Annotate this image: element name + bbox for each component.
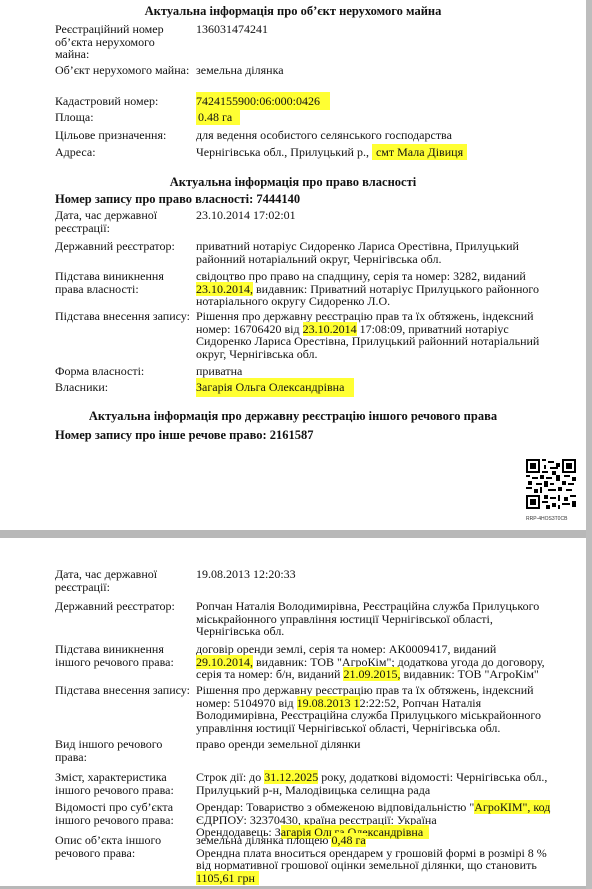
field-label: Вид іншого речового права: — [55, 738, 190, 763]
field-label: Підстава внесення запису: — [55, 310, 190, 323]
field-value: для ведення особистого селянського госпо… — [196, 129, 576, 142]
document-page-1: Актуальна інформація про об’єкт нерухомо… — [0, 0, 586, 530]
field-label: Підстава внесення запису: — [55, 684, 190, 697]
field-value-highlighted: Загарія Ольга Олександрівна — [196, 378, 354, 397]
field-value: приватний нотаріус Сидоренко Лариса Орес… — [196, 240, 556, 265]
field-value: приватна — [196, 365, 556, 378]
field-label: Адреса: — [55, 146, 190, 159]
document-page-2: Дата, час державної реєстрації: 19.08.20… — [0, 538, 586, 886]
field-label: Власники: — [55, 381, 190, 394]
ownership-record-number: Номер запису про право власності: 744414… — [55, 192, 300, 206]
field-label: Підстава виникнення права власності: — [55, 270, 190, 295]
field-label: Площа: — [55, 111, 190, 124]
field-label: Об’єкт нерухомого майна: — [55, 64, 190, 77]
ownership-section-title: Актуальна інформація про право власності — [0, 175, 586, 189]
field-label: Реєстраційний номер об’єкта нерухомого м… — [55, 23, 190, 61]
field-value: 23.10.2014 17:02:01 — [196, 209, 556, 222]
field-value: право оренди земельної ділянки — [196, 738, 556, 751]
field-label: Державний реєстратор: — [55, 600, 190, 613]
field-value: Орендна плата вноситься орендарем у грош… — [196, 846, 547, 873]
field-value: 19.08.2013 12:20:33 — [196, 568, 556, 581]
field-label: Цільове призначення: — [55, 129, 190, 142]
other-right-section-title: Актуальна інформація про державну реєстр… — [0, 409, 586, 423]
field-label: Опис об’єкта іншого речового права: — [55, 834, 190, 859]
field-label: Форма власності: — [55, 365, 190, 378]
field-value-highlighted: 0.48 га — [196, 109, 240, 125]
field-label: Державний реєстратор: — [55, 240, 190, 253]
qr-code-label: RRP-4HOS3T0CB — [526, 516, 581, 522]
field-value: Чернігівська обл., Прилуцький р., — [196, 145, 372, 159]
field-value: земельна ділянка — [196, 64, 556, 77]
field-value-highlighted: 21.09.2015, — [343, 667, 400, 681]
qr-code-icon — [526, 459, 576, 509]
field-value-highlighted: смт Мала Дівиця — [372, 144, 467, 160]
other-right-record-number: Номер запису про інше речове право: 2161… — [55, 428, 314, 442]
field-value: Ропчан Наталія Володимирівна, Реєстрацій… — [196, 600, 556, 638]
field-value-highlighted: 1105,61 грн — [196, 871, 259, 885]
field-value-highlighted: АгроКІМ", код — [474, 800, 550, 814]
field-label: Дата, час державної реєстрації: — [55, 209, 190, 234]
viewer-scroll-edge — [586, 0, 592, 889]
field-label: Дата, час державної реєстрації: — [55, 568, 190, 593]
object-section-title: Актуальна інформація про об’єкт нерухомо… — [0, 4, 586, 18]
field-value: видавник: ТОВ "АгроКім" — [400, 667, 538, 681]
field-label: Зміст, характеристика іншого речового пр… — [55, 771, 190, 796]
field-label: Підстава виникнення іншого речового прав… — [55, 643, 190, 668]
field-value-highlighted: 7424155900:06:000:0426 — [196, 92, 330, 110]
field-label: Кадастровий номер: — [55, 95, 190, 108]
field-label: Відомості про суб’єкта іншого речового п… — [55, 801, 190, 826]
field-value: 136031474241 — [196, 23, 556, 36]
